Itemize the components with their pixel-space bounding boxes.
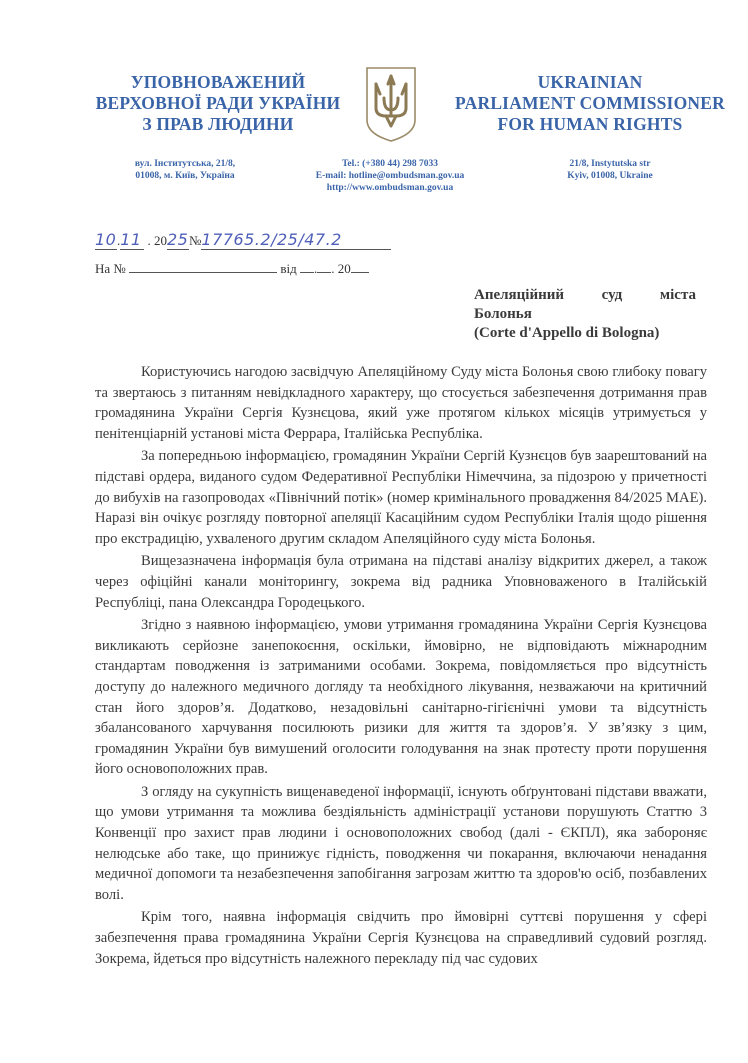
addressee-word-1: Апеляційний (474, 286, 564, 305)
title-en-line-2: PARLIAMENT COMMISSIONER (455, 93, 725, 114)
letterhead-title-en: UKRAINIAN PARLIAMENT COMMISSIONER FOR HU… (455, 72, 725, 135)
phone: Tel.: (+380 44) 298 7033 (295, 158, 485, 170)
reply-number-blank (129, 260, 277, 273)
paragraph-2: За попередньою інформацією, громадянин У… (95, 446, 707, 549)
reg-date-month: 11 (120, 230, 144, 250)
paragraph-5: З огляду на сукупність вищенаведеної інф… (95, 782, 707, 906)
reg-number: 17765.2/25/47.2 (201, 230, 391, 250)
from-label: від (280, 261, 296, 276)
address-ua: вул. Інститутська, 21/8, 01008, м. Київ,… (100, 158, 270, 182)
address-ua-line-1: вул. Інститутська, 21/8, (100, 158, 270, 170)
email-link[interactable]: E-mail: hotline@ombudsman.gov.ua (295, 170, 485, 182)
from-day-blank (300, 260, 314, 273)
paragraph-6: Крім того, наявна інформація свідчить пр… (95, 907, 707, 969)
title-en-line-1: UKRAINIAN (455, 72, 725, 93)
addressee-word-2: суд (602, 286, 623, 305)
address-en-line-2: Kyiv, 01008, Ukraine (530, 170, 690, 182)
letter-body: Користуючись нагодою засвідчую Апеляційн… (95, 362, 707, 971)
registration-line: 10.11 . 2025№17765.2/25/47.2 (95, 230, 391, 250)
addressee-italian-name: (Corte d'Appello di Bologna) (474, 324, 696, 343)
contacts: Tel.: (+380 44) 298 7033 E-mail: hotline… (295, 158, 485, 194)
reg-year-suffix: 25 (167, 230, 189, 250)
addressee-city: Болонья (474, 305, 696, 324)
letterhead-title-ua: УПОВНОВАЖЕНИЙ ВЕРХОВНОЇ РАДИ УКРАЇНИ З П… (78, 72, 358, 135)
addressee-block: Апеляційний суд міста Болонья (Corte d'A… (474, 286, 696, 343)
paragraph-1: Користуючись нагодою засвідчую Апеляційн… (95, 362, 707, 444)
website-link[interactable]: http://www.ombudsman.gov.ua (295, 182, 485, 194)
title-ua-line-1: УПОВНОВАЖЕНИЙ (78, 72, 358, 93)
title-ua-line-2: ВЕРХОВНОЇ РАДИ УКРАЇНИ (78, 93, 358, 114)
addressee-word-3: міста (660, 286, 696, 305)
title-en-line-3: FOR HUMAN RIGHTS (455, 114, 725, 135)
address-en: 21/8, Instytutska str Kyiv, 01008, Ukrai… (530, 158, 690, 182)
title-ua-line-3: З ПРАВ ЛЮДИНИ (78, 114, 358, 135)
from-year-blank (351, 260, 369, 273)
reply-label: На № (95, 261, 126, 276)
address-ua-line-2: 01008, м. Київ, Україна (100, 170, 270, 182)
paragraph-3: Вищезазначена інформація була отримана н… (95, 551, 707, 613)
reg-date-day: 10 (95, 230, 117, 250)
reply-reference-line: На № від .. 20 (95, 260, 369, 277)
number-sign: № (189, 233, 201, 248)
reg-year-prefix: 20 (154, 233, 167, 248)
from-month-blank (317, 260, 331, 273)
letter-page: УПОВНОВАЖЕНИЙ ВЕРХОВНОЇ РАДИ УКРАЇНИ З П… (0, 0, 748, 1063)
paragraph-4: Згідно з наявною інформацією, умови утри… (95, 615, 707, 780)
coat-of-arms-trident-icon (362, 64, 420, 144)
address-en-line-1: 21/8, Instytutska str (530, 158, 690, 170)
